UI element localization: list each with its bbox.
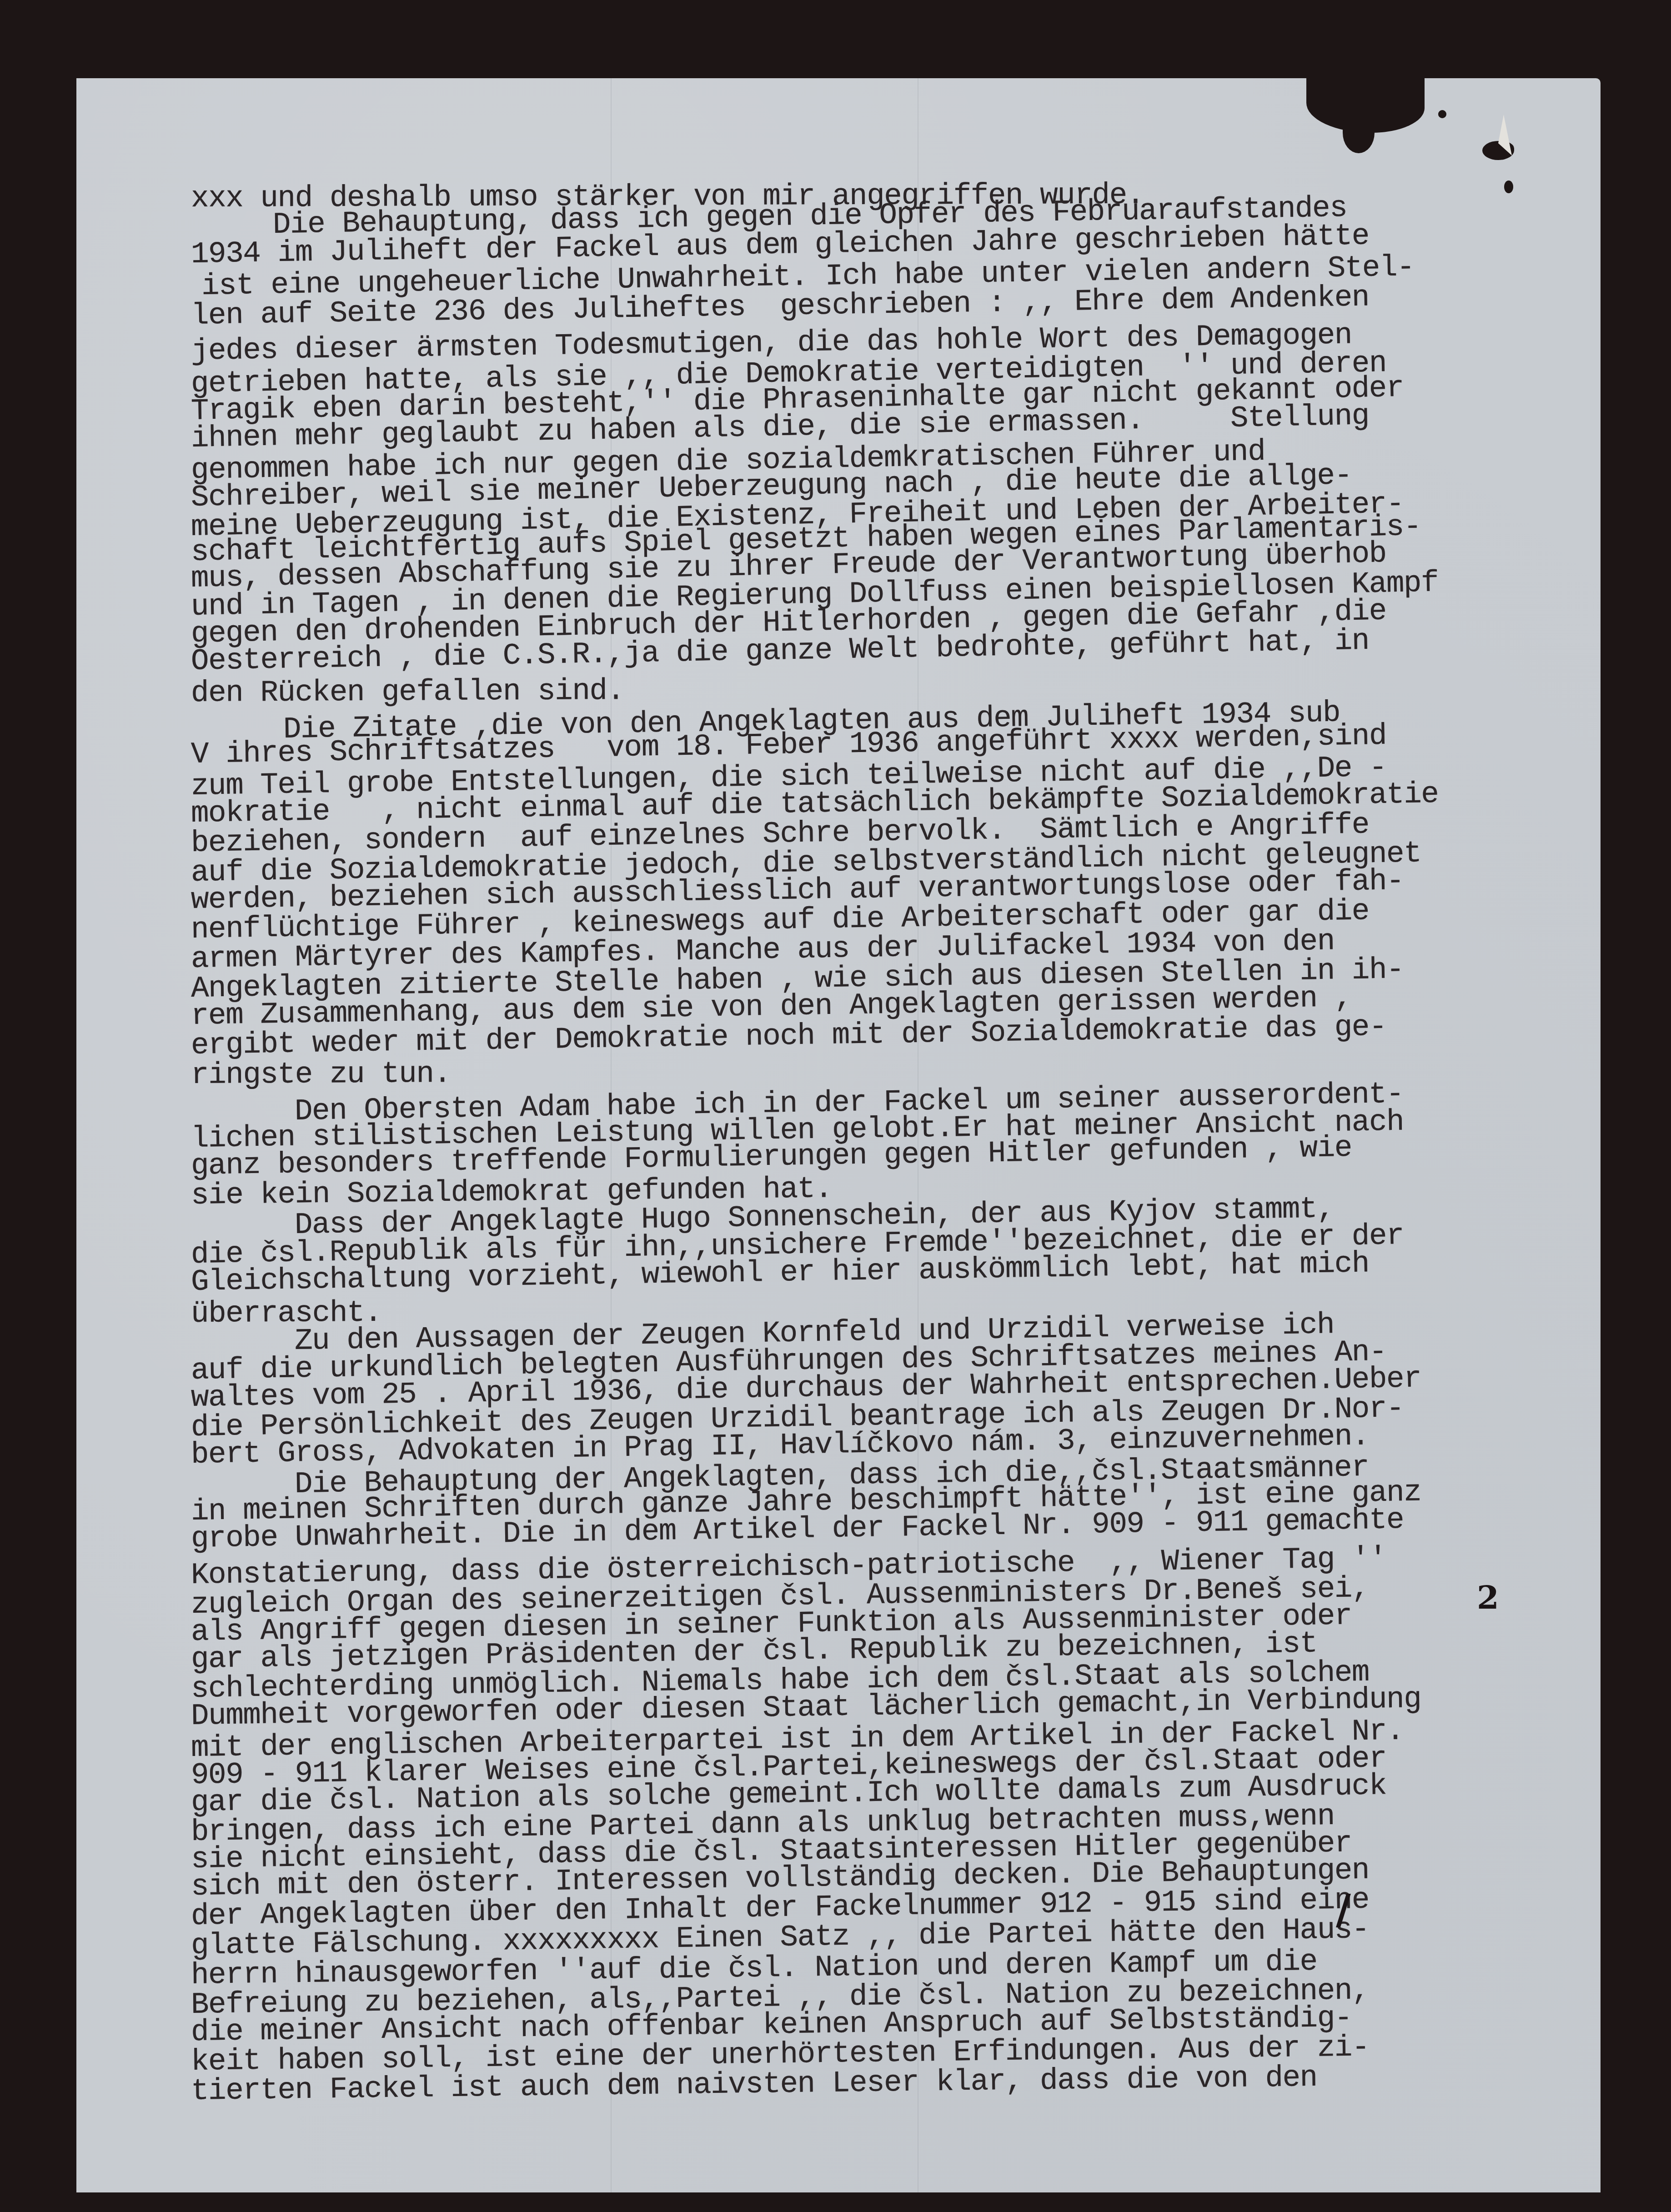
typewritten-text: xxx und deshalb umso stärker von mir ang… — [76, 78, 1601, 2192]
text-line: den Rücken gefallen sind. — [191, 676, 624, 708]
text-line: ringste zu tun. — [191, 1059, 451, 1090]
handwritten-mark: 2 — [1477, 1579, 1499, 1616]
document-page: xxx und deshalb umso stärker von mir ang… — [76, 78, 1601, 2192]
handwritten-mark: / — [1336, 1886, 1351, 1934]
